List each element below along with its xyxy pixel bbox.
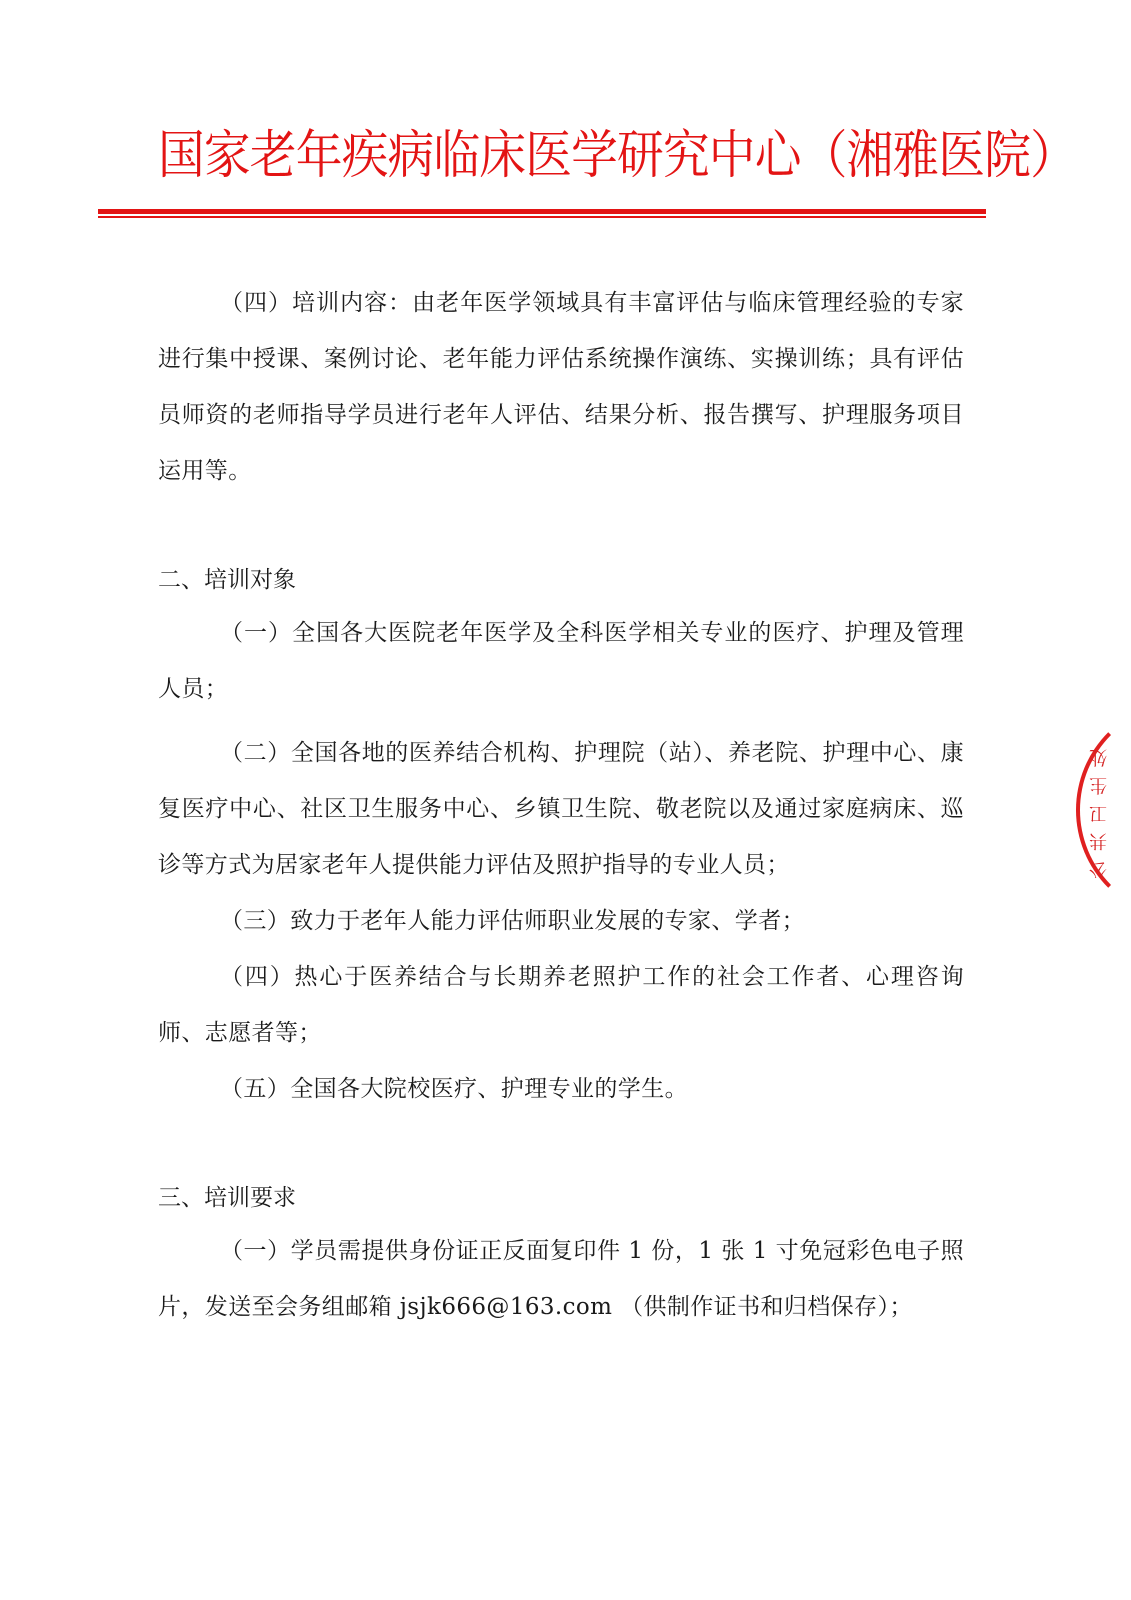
- section-heading-requirements: 三、培训要求: [158, 1173, 964, 1223]
- trainee-item-1: （一）全国各大医院老年医学及全科医学相关专业的医疗、护理及管理人员；: [158, 605, 964, 717]
- letterhead-title: 国家老年疾病临床医学研究中心（湘雅医院）: [158, 118, 878, 194]
- letterhead-rule-thin: [98, 216, 986, 218]
- document-body: （四）培训内容：由老年医学领域具有丰富评估与临床管理经验的专家进行集中授课、案例…: [158, 275, 964, 1335]
- trainee-item-5: （五）全国各大院校医疗、护理专业的学生。: [158, 1061, 964, 1117]
- official-seal-text: 公共卫生处: [1086, 742, 1110, 882]
- section-heading-trainees: 二、培训对象: [158, 555, 964, 605]
- training-content-paragraph: （四）培训内容：由老年医学领域具有丰富评估与临床管理经验的专家进行集中授课、案例…: [158, 275, 964, 499]
- spacer: [158, 1117, 964, 1173]
- requirement-item-1: （一）学员需提供身份证正反面复印件 1 份，1 张 1 寸免冠彩色电子照片，发送…: [158, 1223, 964, 1335]
- trainee-item-3: （三）致力于老年人能力评估师职业发展的专家、学者；: [158, 893, 964, 949]
- trainee-item-2: （二）全国各地的医养结合机构、护理院（站）、养老院、护理中心、康复医疗中心、社区…: [158, 725, 964, 893]
- spacer: [158, 499, 964, 555]
- letterhead-rule-thick: [98, 209, 986, 214]
- trainee-item-4: （四）热心于医养结合与长期养老照护工作的社会工作者、心理咨询师、志愿者等；: [158, 949, 964, 1061]
